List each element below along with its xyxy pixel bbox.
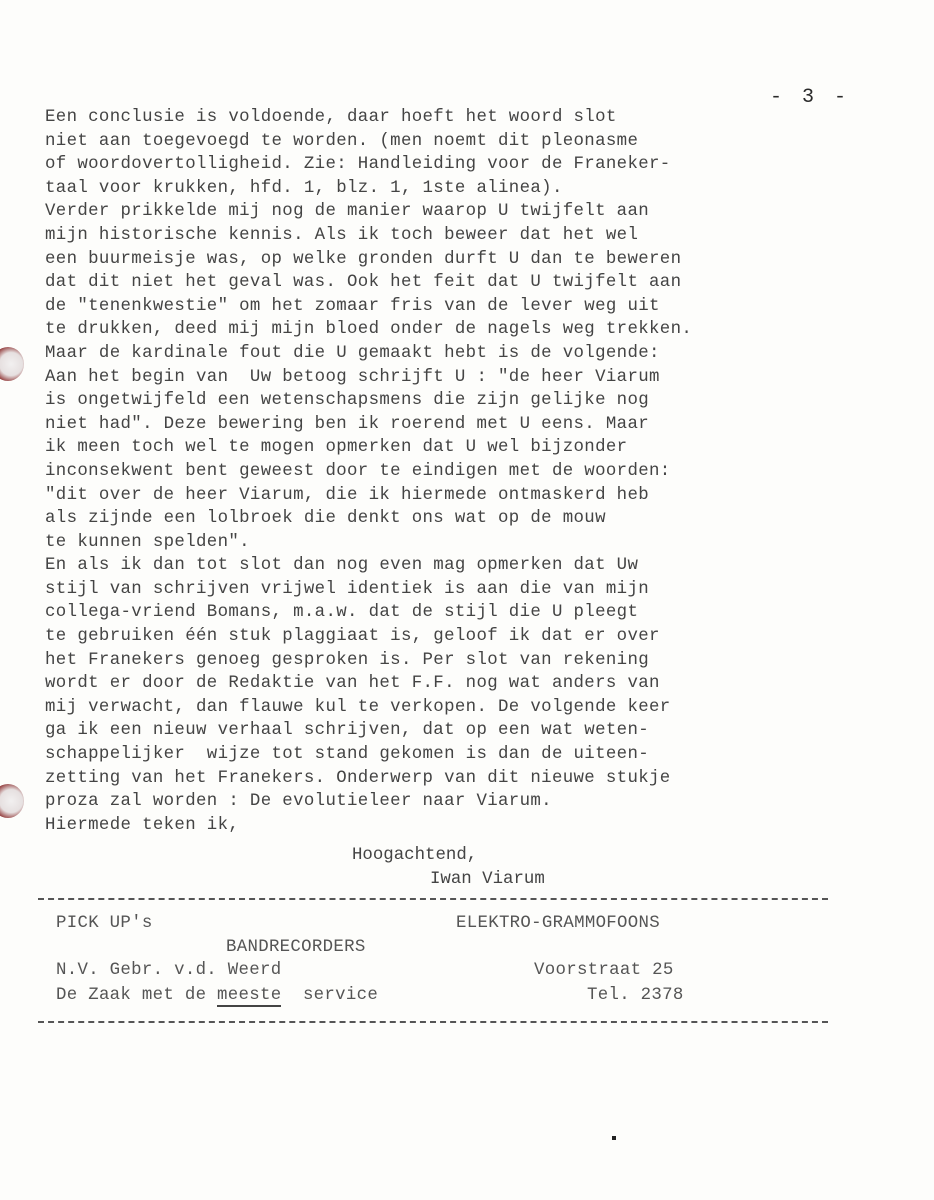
letter-line: stijl van schrijven vrijwel identiek is …	[45, 578, 845, 602]
letter-line: Een conclusie is voldoende, daar hoeft h…	[45, 106, 845, 130]
letter-line: En als ik dan tot slot dan nog even mag …	[45, 554, 845, 578]
closing-salutation: Hoogachtend,	[352, 844, 477, 868]
letter-line: een buurmeisje was, op welke gronden dur…	[45, 248, 845, 272]
letter-line: dat dit niet het geval was. Ook het feit…	[45, 271, 845, 295]
ad-slogan: De Zaak met de meeste service	[56, 986, 378, 1005]
letter-line: is ongetwijfeld een wetenschapsmens die …	[45, 389, 845, 413]
letter-line: Maar de kardinale fout die U gemaakt heb…	[45, 342, 845, 366]
letter-line: mij verwacht, dan flauwe kul te verkopen…	[45, 696, 845, 720]
slogan-end: service	[281, 986, 378, 1005]
ad-pickups: PICK UP's	[56, 914, 153, 933]
letter-line: zetting van het Franekers. Onderwerp van…	[45, 767, 845, 791]
letter-line: Aan het begin van Uw betoog schrijft U :…	[45, 366, 845, 390]
letter-line: niet had". Deze bewering ben ik roerend …	[45, 413, 845, 437]
signature: Iwan Viarum	[430, 868, 545, 892]
letter-line: niet aan toegevoegd te worden. (men noem…	[45, 130, 845, 154]
letter-line: te gebruiken één stuk plaggiaat is, gelo…	[45, 625, 845, 649]
ad-address: Voorstraat 25	[534, 961, 674, 980]
letter-line: inconsekwent bent geweest door te eindig…	[45, 460, 845, 484]
letter-line: ga ik een nieuw verhaal schrijven, dat o…	[45, 719, 845, 743]
letter-line: Verder prikkelde mij nog de manier waaro…	[45, 200, 845, 224]
letter-line: wordt er door de Redaktie van het F.F. n…	[45, 672, 845, 696]
letter-line: Hiermede teken ik,	[45, 814, 845, 838]
ad-company-name: N.V. Gebr. v.d. Weerd	[56, 961, 281, 980]
letter-line: het Franekers genoeg gesproken is. Per s…	[45, 649, 845, 673]
letter-line: of woordovertolligheid. Zie: Handleiding…	[45, 153, 845, 177]
letter-line: collega-vriend Bomans, m.a.w. dat de sti…	[45, 601, 845, 625]
letter-line: mijn historische kennis. Als ik toch bew…	[45, 224, 845, 248]
slogan-emphasis: meeste	[217, 986, 281, 1007]
letter-body: Een conclusie is voldoende, daar hoeft h…	[45, 106, 845, 837]
ad-phone: Tel. 2378	[587, 986, 684, 1005]
divider-bottom	[38, 1021, 828, 1023]
punch-hole	[0, 347, 24, 381]
letter-line: proza zal worden : De evolutieleer naar …	[45, 790, 845, 814]
letter-line: "dit over de heer Viarum, die ik hiermed…	[45, 484, 845, 508]
letter-line: taal voor krukken, hfd. 1, blz. 1, 1ste …	[45, 177, 845, 201]
letter-line: schappelijker wijze tot stand gekomen is…	[45, 743, 845, 767]
ink-speck	[612, 1136, 616, 1140]
punch-hole	[0, 784, 24, 818]
ad-grammofoons: ELEKTRO-GRAMMOFOONS	[456, 914, 660, 933]
letter-line: te kunnen spelden".	[45, 531, 845, 555]
letter-line: de "tenenkwestie" om het zomaar fris van…	[45, 295, 845, 319]
letter-line: ik meen toch wel te mogen opmerken dat U…	[45, 436, 845, 460]
ad-bandrecorders: BANDRECORDERS	[226, 938, 366, 957]
slogan-start: De Zaak met de	[56, 986, 217, 1005]
divider-top	[38, 898, 828, 900]
letter-line: als zijnde een lolbroek die denkt ons wa…	[45, 507, 845, 531]
letter-line: te drukken, deed mij mijn bloed onder de…	[45, 318, 845, 342]
